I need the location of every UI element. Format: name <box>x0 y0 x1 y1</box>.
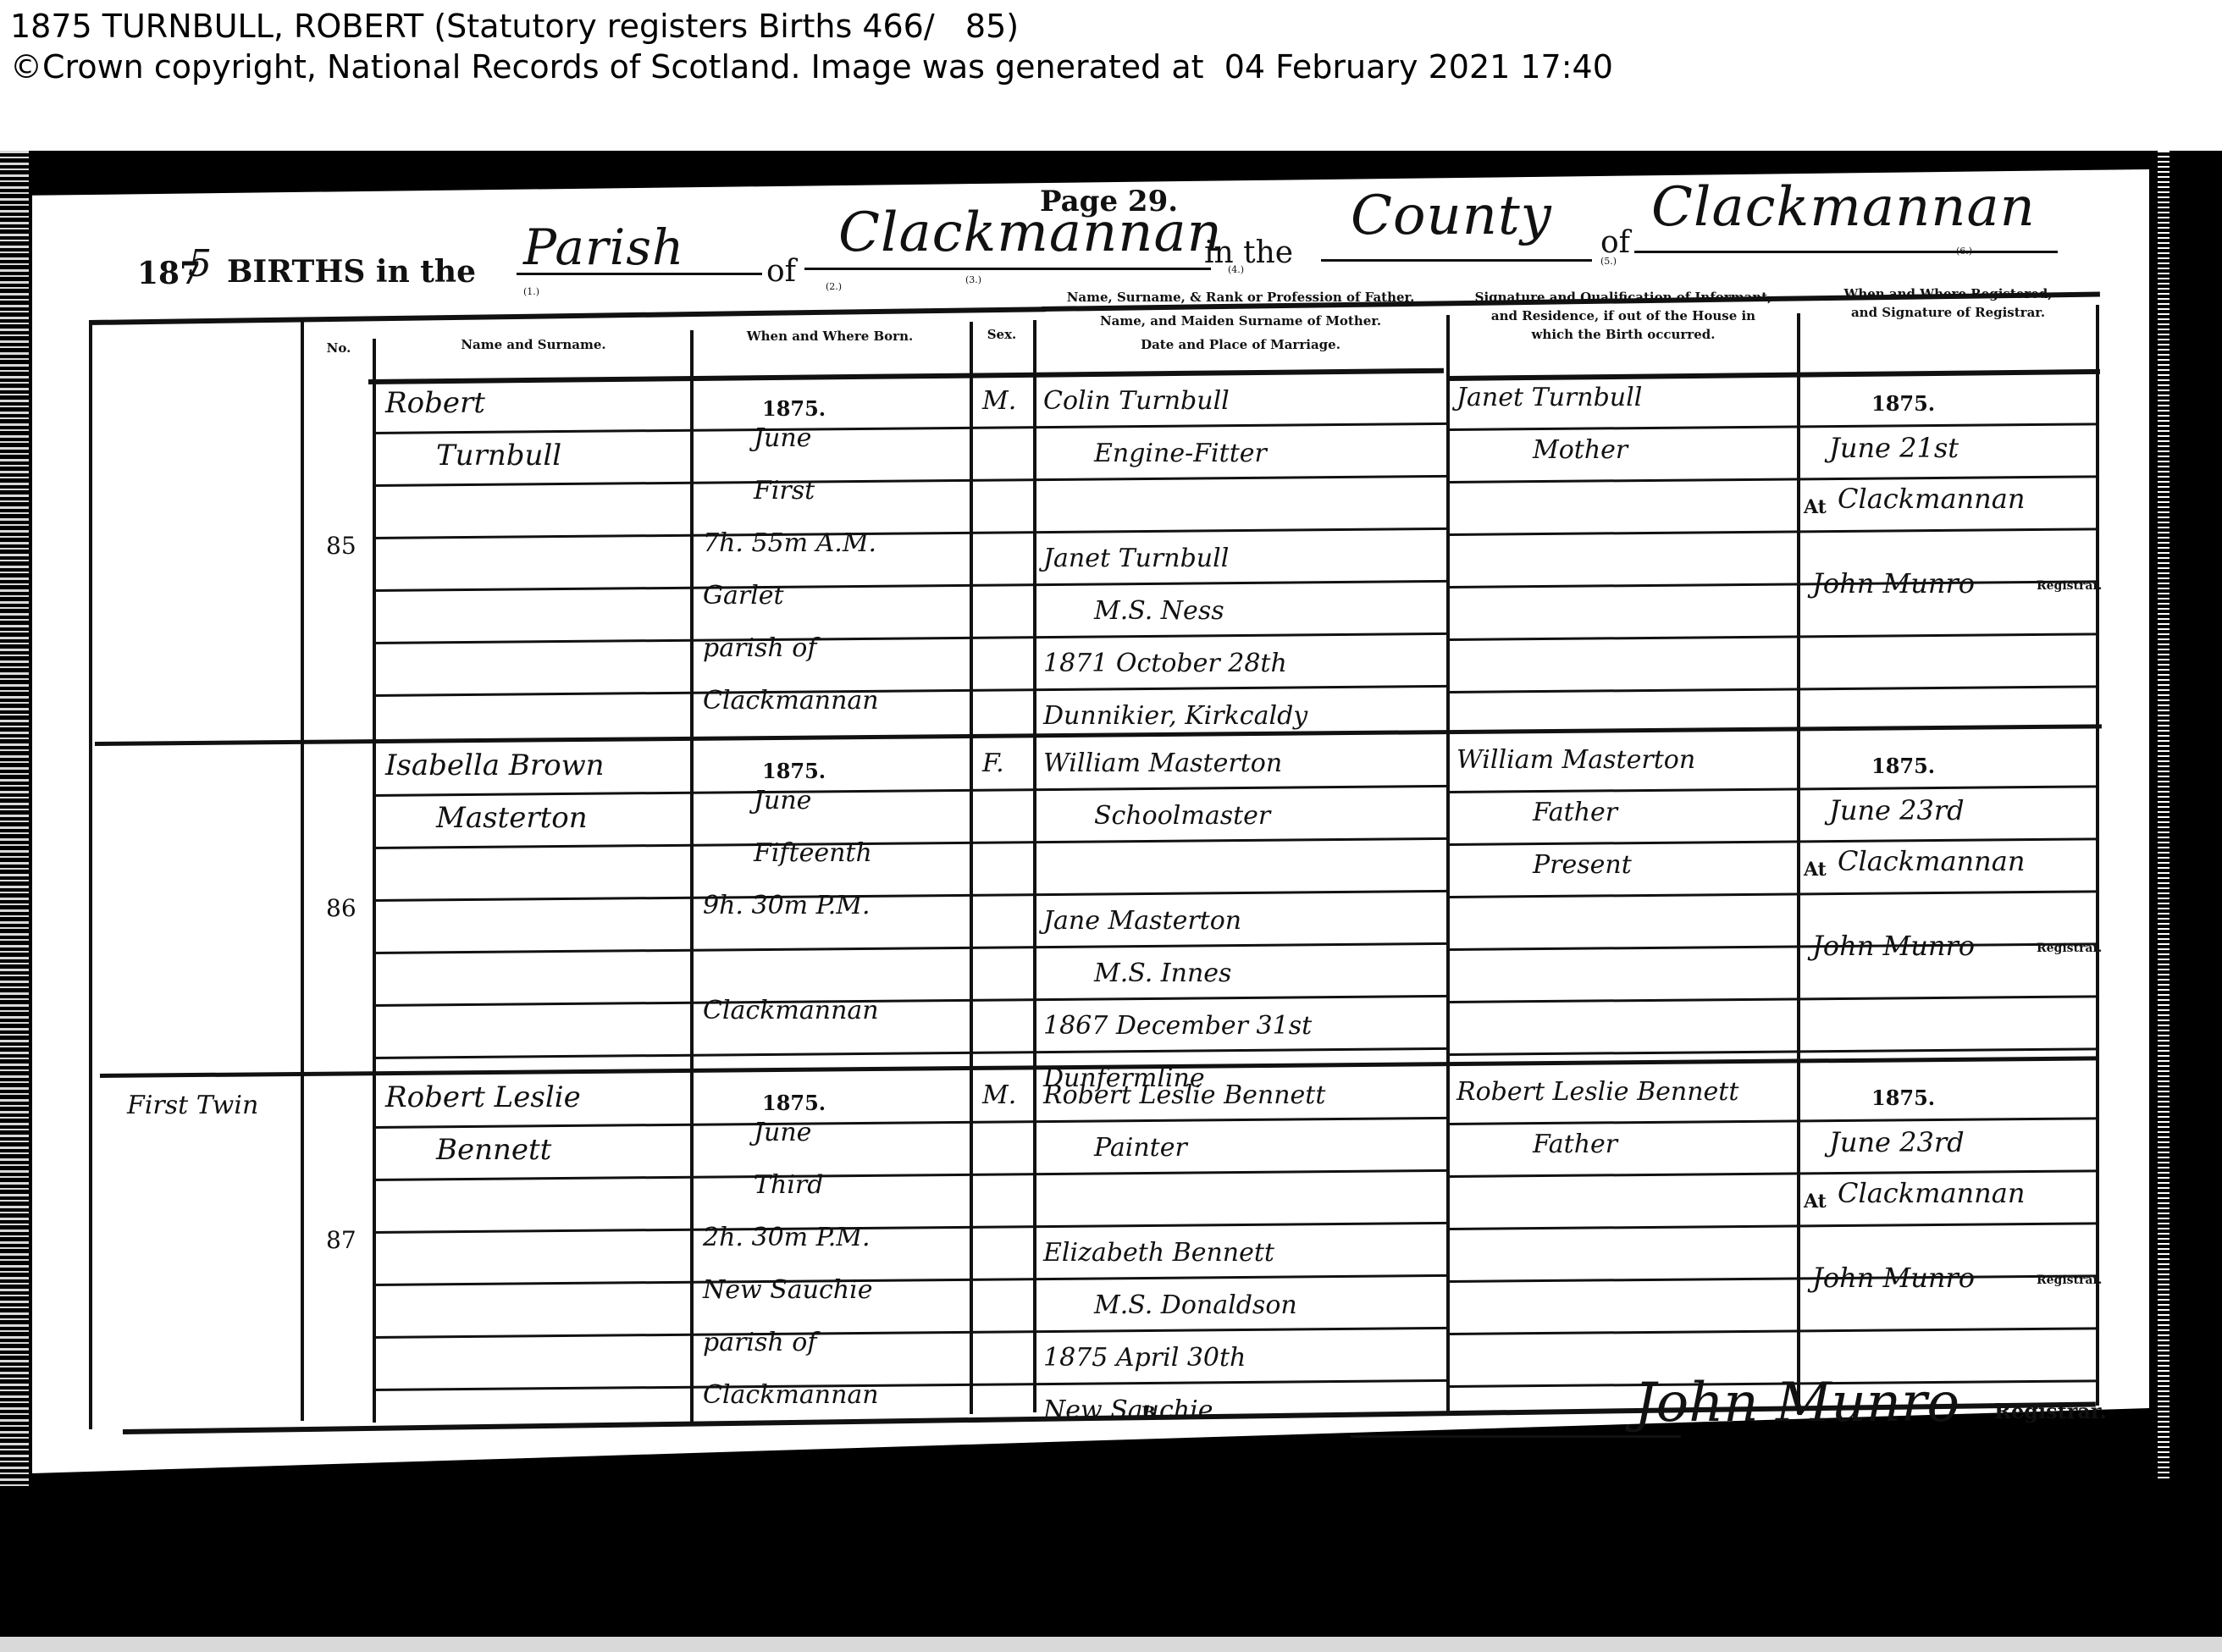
registration-year: 1875. <box>1871 1086 1935 1110</box>
birth-when-where: parish of <box>703 633 816 663</box>
birth-when-where: 2h. 30m P.M. <box>703 1223 871 1252</box>
footnote-marker: (5.) <box>1600 256 1617 267</box>
parent-details: Janet Turnbull <box>1043 544 1229 573</box>
birth-year: 1875. <box>762 396 826 421</box>
birth-when-where: First <box>754 476 815 506</box>
of-label: of <box>766 254 796 289</box>
birth-when-where: New Sauchie <box>703 1275 872 1305</box>
column-rule <box>1797 313 1800 1414</box>
parent-details: Dunnikier, Kirkcaldy <box>1043 701 1307 731</box>
birth-when-where: June <box>754 1118 811 1147</box>
closing-registrar-signature: John Munro <box>1634 1372 1959 1434</box>
fill-line <box>804 268 1211 270</box>
fill-line <box>1321 259 1592 262</box>
parish-name: Clackmannan <box>838 202 1223 264</box>
birth-when-where: Clackmannan <box>703 1380 879 1410</box>
parent-details: 1871 October 28th <box>1043 649 1287 678</box>
footnote-marker: (1.) <box>523 286 539 297</box>
child-name: Turnbull <box>436 439 561 472</box>
entry-number: 86 <box>326 894 357 922</box>
column-rule <box>373 339 376 1423</box>
registrar-label: Registrar. <box>2037 1274 2102 1287</box>
viewer-bottom-strip <box>0 1637 2222 1652</box>
birth-when-where: June <box>754 786 811 815</box>
informant: Janet Turnbull <box>1456 383 1642 412</box>
column-header-registered: When and Where Registered, and Signature… <box>1802 285 2094 322</box>
fill-line <box>517 273 762 275</box>
birth-when-where: Clackmannan <box>703 996 879 1025</box>
copyright-notice: ©Crown copyright, National Records of Sc… <box>10 47 1613 86</box>
parent-details: M.S. Innes <box>1094 959 1231 988</box>
informant: Mother <box>1533 435 1628 465</box>
sex: M. <box>982 386 1016 416</box>
birth-when-where: parish of <box>703 1328 816 1357</box>
district-type: Parish <box>523 218 684 276</box>
birth-when-where: Clackmannan <box>703 686 879 715</box>
parent-details: William Masterton <box>1043 749 1282 778</box>
informant: Present <box>1533 850 1632 880</box>
registration-date: June 23rd <box>1829 1126 1965 1158</box>
parent-details: Engine-Fitter <box>1094 439 1267 468</box>
footnote-marker: (6.) <box>1956 246 1972 257</box>
child-name: Isabella Brown <box>385 749 605 782</box>
informant: Robert Leslie Bennett <box>1456 1077 1738 1107</box>
footnote-marker: (2.) <box>826 281 842 292</box>
parent-details: Jane Masterton <box>1043 906 1241 936</box>
in-the-label: in the <box>1204 235 1293 270</box>
entry-number: 85 <box>326 532 357 560</box>
county-type: County <box>1351 185 1552 247</box>
scan-edge-left <box>0 151 29 1489</box>
at-label: At <box>1804 859 1827 881</box>
column-rule <box>970 322 973 1414</box>
parent-details: 1875 April 30th <box>1043 1343 1246 1373</box>
registrar-signature: John Munro <box>1812 930 1975 962</box>
registration-place: Clackmannan <box>1838 483 2025 515</box>
parent-details: Robert Leslie Bennett <box>1043 1080 1325 1110</box>
column-header-informant: Signature and Qualification of Informant… <box>1450 288 1797 344</box>
at-label: At <box>1804 1191 1827 1213</box>
column-rule <box>690 330 694 1423</box>
registration-year: 1875. <box>1871 754 1935 778</box>
column-rule <box>1033 320 1036 1412</box>
birth-when-where: 7h. 55m A.M. <box>703 528 876 558</box>
parent-details: Elizabeth Bennett <box>1043 1238 1274 1268</box>
registrar-signature: John Munro <box>1812 567 1975 599</box>
birth-when-where: Third <box>754 1170 823 1200</box>
registration-date: June 23rd <box>1829 794 1965 826</box>
column-rule <box>2096 305 2099 1406</box>
informant: Father <box>1533 1130 1617 1159</box>
record-title: 1875 TURNBULL, ROBERT (Statutory registe… <box>10 7 1019 46</box>
column-header-parents: Name, Surname, & Rank or Profession of F… <box>1037 288 1444 354</box>
sex: M. <box>982 1080 1016 1110</box>
column-rule <box>89 320 92 1429</box>
registration-year: 1875. <box>1871 391 1935 416</box>
parent-details: Colin Turnbull <box>1043 386 1230 416</box>
register-title: BIRTHS in the <box>227 254 476 290</box>
closing-registrar-label: Registrar. <box>1994 1399 2107 1423</box>
parent-details: New Sauchie <box>1043 1395 1213 1425</box>
informant: William Masterton <box>1456 745 1695 775</box>
birth-when-where: Garlet <box>703 581 784 611</box>
parent-details: M.S. Ness <box>1094 596 1224 626</box>
sex: F. <box>982 749 1004 778</box>
county-name: Clackmannan <box>1651 176 2036 239</box>
column-rule <box>1446 315 1450 1416</box>
birth-year: 1875. <box>762 759 826 783</box>
of-label: of <box>1600 225 1630 260</box>
scan-edge-right <box>2158 151 2169 1480</box>
entry-number: 87 <box>326 1226 357 1254</box>
child-name: Masterton <box>436 801 588 835</box>
birth-when-where: 9h. 30m P.M. <box>703 891 871 920</box>
registrar-label: Registrar. <box>2037 579 2102 593</box>
margin-note: First Twin <box>127 1091 258 1120</box>
registration-date: June 21st <box>1829 432 1959 464</box>
footnote-marker: (4.) <box>1228 264 1244 275</box>
at-label: At <box>1804 496 1827 518</box>
column-rule <box>301 320 304 1421</box>
sheet-mark: B <box>1141 1402 1156 1423</box>
parent-details: 1867 December 31st <box>1043 1011 1312 1041</box>
registration-place: Clackmannan <box>1838 1177 2025 1209</box>
birth-year: 1875. <box>762 1091 826 1115</box>
registrar-signature: John Munro <box>1812 1262 1975 1294</box>
birth-when-where: June <box>754 423 811 453</box>
parent-details: Painter <box>1094 1133 1187 1163</box>
parent-details: Schoolmaster <box>1094 801 1270 831</box>
column-header-born: When and Where Born. <box>694 327 965 345</box>
register-year-suffix: 5 <box>188 242 213 285</box>
registration-place: Clackmannan <box>1838 845 2025 877</box>
child-name: Robert Leslie <box>385 1080 581 1114</box>
column-header-name: Name and Surname. <box>377 335 690 354</box>
column-header-no: No. <box>313 339 364 357</box>
registrar-label: Registrar. <box>2037 942 2102 955</box>
informant: Father <box>1533 798 1617 827</box>
child-name: Bennett <box>436 1133 551 1167</box>
parent-details: M.S. Donaldson <box>1094 1290 1297 1320</box>
footnote-marker: (3.) <box>965 274 981 285</box>
signature-line <box>1351 1435 1681 1438</box>
child-name: Robert <box>385 386 485 420</box>
fill-line <box>1634 251 2058 253</box>
column-header-sex: Sex. <box>972 325 1031 344</box>
birth-when-where: Fifteenth <box>754 838 872 868</box>
